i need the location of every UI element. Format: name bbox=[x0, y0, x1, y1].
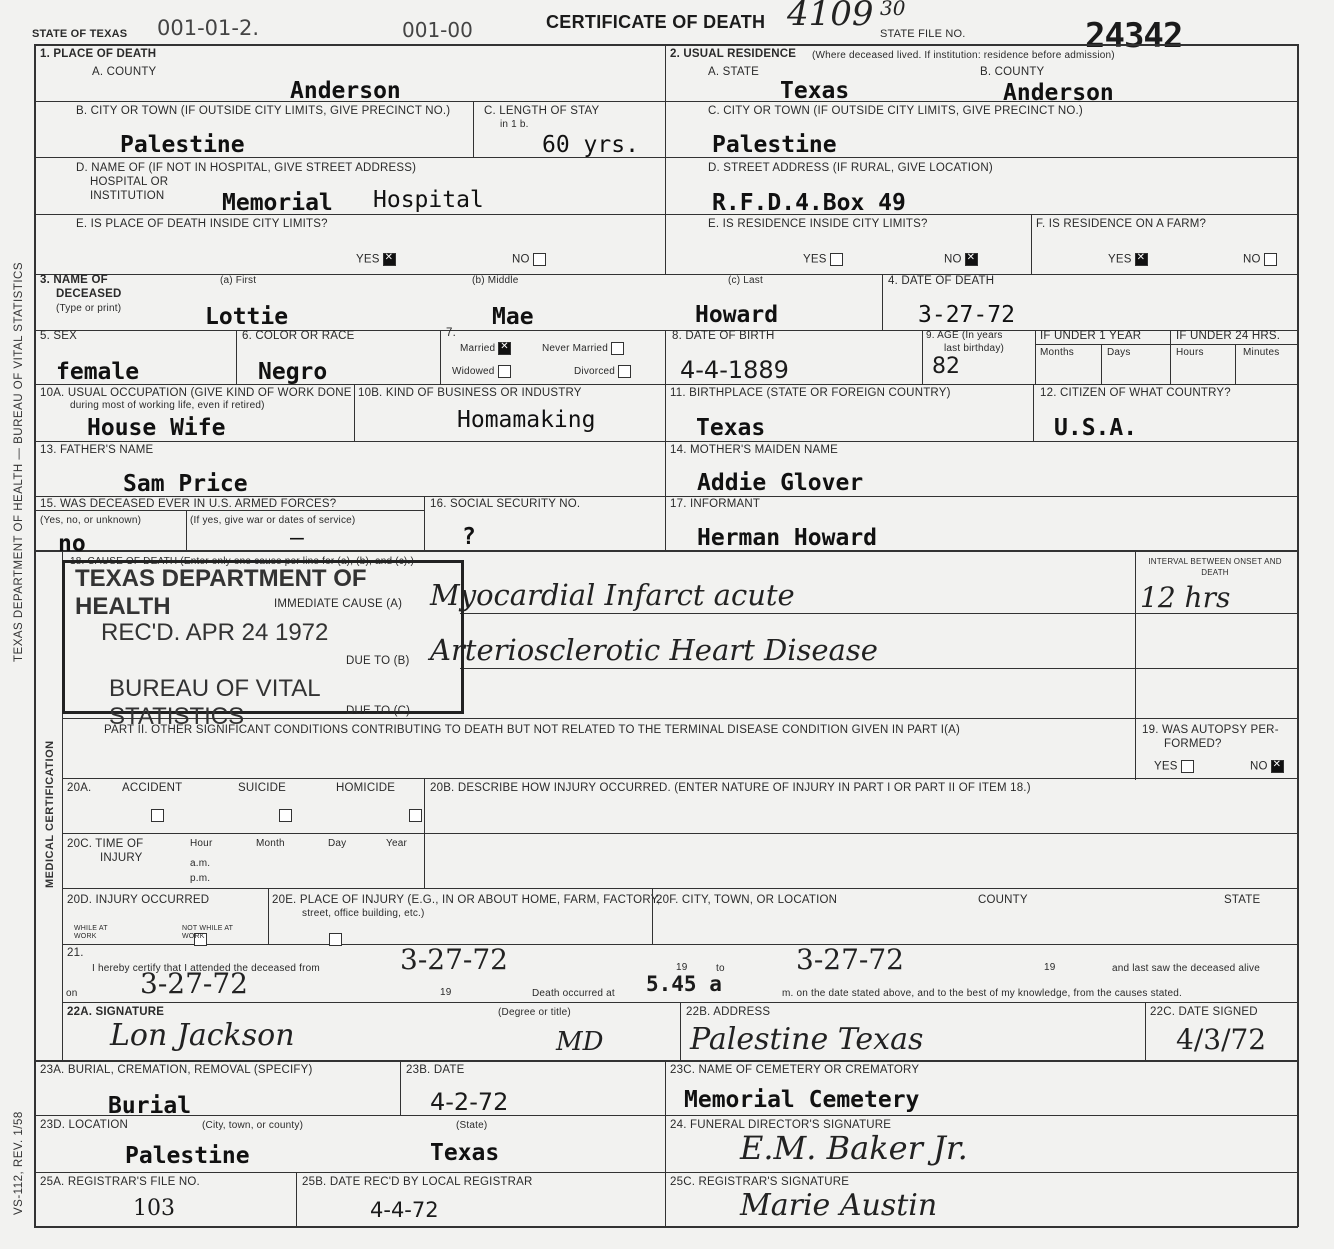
date-of-death-label: 4. DATE OF DEATH bbox=[888, 275, 994, 287]
citizen-label: 12. CITIZEN OF WHAT COUNTRY? bbox=[1040, 387, 1231, 399]
name-label-1: 3. NAME OF bbox=[40, 274, 108, 286]
attended-from-date[interactable]: 3-27-72 bbox=[400, 946, 508, 974]
attended-to-date[interactable]: 3-27-72 bbox=[796, 946, 904, 974]
injury-county-label: COUNTY bbox=[978, 894, 1028, 906]
residence-county-label: b. COUNTY bbox=[980, 66, 1044, 78]
injury-location-label: 20f. CITY, TOWN, OR LOCATION bbox=[656, 894, 837, 906]
stamp-line-3: BUREAU OF VITAL STATISTICS bbox=[109, 675, 461, 731]
first-name-field[interactable]: Lottie bbox=[205, 305, 288, 329]
disposition-field[interactable]: Burial bbox=[108, 1094, 191, 1118]
street-address-field[interactable]: R.F.D.4.Box 49 bbox=[712, 191, 906, 215]
checkbox-checked[interactable] bbox=[965, 253, 978, 266]
marital-number: 7. bbox=[446, 327, 456, 339]
residence-inside-city-label: e. IS RESIDENCE INSIDE CITY LIMITS? bbox=[708, 218, 928, 230]
hour-label: Hour bbox=[190, 838, 212, 849]
checkbox-unchecked[interactable] bbox=[533, 253, 546, 266]
length-of-stay-sublabel: in 1 b. bbox=[500, 119, 529, 130]
date-of-birth-field[interactable]: 4-4-1889 bbox=[680, 356, 789, 384]
date-received-label: 25b. DATE REC'D BY LOCAL REGISTRAR bbox=[302, 1176, 533, 1188]
date-signed-label: 22c. DATE SIGNED bbox=[1150, 1006, 1258, 1018]
last-seen-date[interactable]: 3-27-72 bbox=[140, 970, 248, 998]
residence-farm-yes[interactable]: YES bbox=[1108, 253, 1148, 266]
burial-state-sublabel: (State) bbox=[456, 1120, 487, 1131]
burial-location-label: 23d. LOCATION bbox=[40, 1119, 128, 1131]
autopsy-label-1: 19. WAS AUTOPSY PER- bbox=[1142, 724, 1279, 736]
armed-forces-label: 15. WAS DECEASED EVER IN U.S. ARMED FORC… bbox=[40, 498, 336, 510]
last-name-label: (c) Last bbox=[728, 275, 763, 286]
race-label: 6. COLOR OR RACE bbox=[242, 330, 354, 342]
on-label: on bbox=[66, 988, 78, 999]
residence-farm-label: f. IS RESIDENCE ON A FARM? bbox=[1036, 218, 1206, 230]
time-of-injury-label-1: 20c. TIME OF bbox=[67, 838, 143, 850]
mother-field[interactable]: Addie Glover bbox=[697, 471, 863, 495]
place-of-injury-label-2: street, office building, etc.) bbox=[302, 908, 425, 919]
hours-label: Hours bbox=[1176, 347, 1204, 358]
length-of-stay-label: c. LENGTH OF STAY bbox=[484, 105, 599, 117]
residence-inside-city-yes[interactable]: YES bbox=[803, 253, 843, 266]
burial-location-field[interactable]: Palestine bbox=[125, 1144, 250, 1168]
am-label: a.m. bbox=[190, 858, 210, 869]
homicide-label: HOMICIDE bbox=[336, 782, 395, 794]
certification-number: 21. bbox=[67, 947, 84, 959]
burial-location-sublabel: (City, town, or county) bbox=[202, 1120, 303, 1131]
handwritten-superscript: 30 bbox=[880, 0, 905, 22]
injury-occurred-label: 20d. INJURY OCCURRED bbox=[67, 894, 209, 906]
stamp-line-2: REC'D. APR 24 1972 bbox=[101, 619, 328, 647]
death-time-field[interactable]: 5.45 a bbox=[646, 972, 722, 996]
occupation-label-1: 10a. USUAL OCCUPATION (Give kind of work… bbox=[40, 387, 352, 399]
injury-20a-number: 20a. bbox=[67, 782, 91, 794]
not-while-at-work-checkbox[interactable] bbox=[329, 933, 342, 946]
form-revision-label: VS-112, REV. 1/58 bbox=[13, 1111, 25, 1215]
not-while-at-work-label: NOT WHILE AT WORK bbox=[182, 925, 240, 941]
checkbox-unchecked[interactable] bbox=[618, 365, 631, 378]
occupation-field[interactable]: House Wife bbox=[87, 416, 225, 440]
death-city-field[interactable]: Palestine bbox=[120, 133, 245, 157]
armed-service-field[interactable]: — bbox=[290, 526, 304, 550]
name-label-3: (Type or print) bbox=[56, 303, 121, 314]
certification-text-2: and last saw the deceased alive bbox=[1112, 963, 1260, 974]
usual-residence-label: 2. USUAL RESIDENCE bbox=[670, 48, 796, 60]
registrar-file-label: 25a. REGISTRAR'S FILE NO. bbox=[40, 1176, 200, 1188]
registrar-file-field[interactable]: 103 bbox=[133, 1196, 175, 1221]
cemetery-label: 23c. NAME OF CEMETERY OR CREMATORY bbox=[670, 1064, 919, 1076]
informant-field[interactable]: Herman Howard bbox=[697, 526, 877, 550]
due-to-b-label: DUE TO (b) bbox=[346, 655, 410, 667]
hospital-name-field[interactable]: Memorial bbox=[222, 191, 333, 215]
age-field[interactable]: 82 bbox=[932, 354, 960, 379]
length-of-stay-field[interactable]: 60 yrs. bbox=[542, 133, 639, 157]
checkbox-checked[interactable] bbox=[1135, 253, 1148, 266]
armed-forces-field[interactable]: no bbox=[58, 532, 86, 556]
suicide-checkbox[interactable] bbox=[279, 809, 292, 822]
residence-county-field[interactable]: Anderson bbox=[1003, 81, 1114, 105]
death-inside-city-yes[interactable]: YES bbox=[356, 253, 396, 266]
under-24-hrs-label: IF UNDER 24 HRS. bbox=[1176, 330, 1280, 342]
nineteen-2: 19 bbox=[1044, 962, 1056, 973]
father-field[interactable]: Sam Price bbox=[123, 472, 248, 496]
checkbox-checked[interactable] bbox=[498, 342, 511, 355]
year-label: Year bbox=[386, 838, 407, 849]
due-to-b-field[interactable]: Arteriosclerotic Heart Disease bbox=[430, 636, 878, 664]
department-side-label: TEXAS DEPARTMENT OF HEALTH — BUREAU OF V… bbox=[13, 262, 25, 662]
accident-label: ACCIDENT bbox=[122, 782, 182, 794]
injury-state-label: STATE bbox=[1224, 894, 1260, 906]
age-label-1: 9. AGE (In years bbox=[926, 330, 1003, 341]
death-inside-city-no[interactable]: NO bbox=[512, 253, 546, 266]
hospital-label-2: HOSPITAL OR bbox=[90, 176, 168, 188]
accident-checkbox[interactable] bbox=[151, 809, 164, 822]
armed-forces-sublabel-1: (Yes, no, or unknown) bbox=[40, 515, 141, 526]
state-file-label: STATE FILE NO. bbox=[880, 28, 966, 40]
checkbox-checked[interactable] bbox=[383, 253, 396, 266]
homicide-checkbox[interactable] bbox=[409, 809, 422, 822]
business-field[interactable]: Homamaking bbox=[457, 408, 595, 432]
middle-name-label: (b) Middle bbox=[472, 275, 518, 286]
date-signed-field[interactable]: 4/3/72 bbox=[1176, 1026, 1266, 1054]
armed-forces-sublabel-2: (If yes, give war or dates of service) bbox=[190, 515, 355, 526]
business-label: 10b. KIND OF BUSINESS OR INDUSTRY bbox=[358, 387, 582, 399]
received-stamp: TEXAS DEPARTMENT OF HEALTH REC'D. APR 24… bbox=[62, 560, 464, 714]
date-of-birth-label: 8. DATE OF BIRTH bbox=[672, 330, 774, 342]
autopsy-no[interactable]: NO bbox=[1250, 760, 1284, 773]
ssn-field[interactable]: ? bbox=[462, 525, 476, 549]
degree-label: (Degree or title) bbox=[498, 1007, 571, 1018]
describe-injury-label: 20b. DESCRIBE HOW INJURY OCCURRED. (Ente… bbox=[430, 782, 1031, 794]
date-of-death-field[interactable]: 3-27-72 bbox=[918, 303, 1015, 327]
death-inside-city-label: e. IS PLACE OF DEATH INSIDE CITY LIMITS? bbox=[76, 218, 328, 230]
immediate-cause-field[interactable]: Myocardial Infarct acute bbox=[430, 581, 795, 609]
middle-name-field[interactable]: Mae bbox=[492, 305, 534, 329]
checkbox-unchecked[interactable] bbox=[830, 253, 843, 266]
death-city-label: b. CITY OR TOWN (If outside city limits,… bbox=[76, 105, 450, 117]
interval-field[interactable]: 12 hrs bbox=[1140, 584, 1230, 612]
informant-label: 17. INFORMANT bbox=[670, 498, 760, 510]
marital-married[interactable]: Married bbox=[460, 342, 511, 355]
father-label: 13. FATHER'S NAME bbox=[40, 444, 153, 456]
physician-signature[interactable]: Lon Jackson bbox=[110, 1022, 295, 1050]
registrar-signature[interactable]: Marie Austin bbox=[740, 1192, 937, 1220]
residence-state-field[interactable]: Texas bbox=[780, 79, 849, 103]
signature-label: 22a. SIGNATURE bbox=[67, 1006, 164, 1018]
burial-date-label: 23b. DATE bbox=[406, 1064, 464, 1076]
pm-label: p.m. bbox=[190, 873, 210, 884]
under-1-year-label: IF UNDER 1 YEAR bbox=[1040, 330, 1141, 342]
registrar-signature-label: 25c. REGISTRAR'S SIGNATURE bbox=[670, 1176, 849, 1188]
marital-divorced[interactable]: Divorced bbox=[574, 365, 631, 378]
degree-field[interactable]: MD bbox=[556, 1028, 603, 1056]
disposition-label: 23a. BURIAL, CREMATION, REMOVAL (Specify… bbox=[40, 1064, 313, 1076]
physician-address-label: 22b. ADDRESS bbox=[686, 1006, 770, 1018]
stamp-line-1: TEXAS DEPARTMENT OF HEALTH bbox=[75, 565, 461, 621]
while-at-work-label: WHILE AT WORK bbox=[74, 925, 122, 941]
interval-label: INTERVAL BETWEEN ONSET AND DEATH bbox=[1145, 556, 1285, 578]
certificate-title: CERTIFICATE OF DEATH bbox=[546, 12, 765, 33]
birthplace-field[interactable]: Texas bbox=[696, 416, 765, 440]
suicide-label: SUICIDE bbox=[238, 782, 286, 794]
occupation-label-2: during most of working life, even if ret… bbox=[70, 400, 265, 411]
citizen-field[interactable]: U.S.A. bbox=[1054, 416, 1137, 440]
usual-residence-note: (Where deceased lived. If institution: r… bbox=[812, 50, 1115, 61]
checkbox-unchecked[interactable] bbox=[498, 365, 511, 378]
autopsy-label-2: FORMED? bbox=[1164, 738, 1222, 750]
minutes-label: Minutes bbox=[1243, 347, 1279, 358]
age-label-2: last birthday) bbox=[944, 343, 1004, 354]
day-label: Day bbox=[328, 838, 346, 849]
checkbox-checked[interactable] bbox=[1271, 760, 1284, 773]
death-county-field[interactable]: Anderson bbox=[290, 79, 401, 103]
residence-state-label: a. STATE bbox=[708, 66, 759, 78]
residence-city-field[interactable]: Palestine bbox=[712, 133, 837, 157]
sex-field[interactable]: female bbox=[56, 360, 139, 384]
place-of-death-label: 1. PLACE OF DEATH bbox=[40, 48, 156, 60]
code-2: 001-00 bbox=[402, 16, 473, 44]
funeral-director-signature[interactable]: E.M. Baker Jr. bbox=[740, 1134, 968, 1162]
due-to-c-label: DUE TO (c) bbox=[346, 705, 410, 717]
hospital-label-1: d. NAME OF (If not in hospital, give str… bbox=[76, 162, 416, 174]
race-field[interactable]: Negro bbox=[258, 360, 327, 384]
date-received-field[interactable]: 4-4-72 bbox=[370, 1198, 439, 1222]
months-label: Months bbox=[1040, 347, 1074, 358]
hospital-label-3: INSTITUTION bbox=[90, 190, 164, 202]
cemetery-field[interactable]: Memorial Cemetery bbox=[684, 1088, 919, 1112]
checkbox-unchecked[interactable] bbox=[611, 342, 624, 355]
month-label: Month bbox=[256, 838, 285, 849]
birthplace-label: 11. BIRTHPLACE (State or foreign country… bbox=[670, 387, 951, 399]
nineteen-3: 19 bbox=[440, 987, 452, 998]
street-address-label: d. STREET ADDRESS (If rural, give locati… bbox=[708, 162, 993, 174]
death-occurred-label: Death occurred at bbox=[532, 988, 615, 999]
physician-address-field[interactable]: Palestine Texas bbox=[690, 1026, 923, 1054]
days-label: Days bbox=[1107, 347, 1131, 358]
checkbox-unchecked[interactable] bbox=[1264, 253, 1277, 266]
death-county-label: a. COUNTY bbox=[92, 66, 156, 78]
residence-inside-city-no[interactable]: NO bbox=[944, 253, 978, 266]
medical-certification-side-label: MEDICAL CERTIFICATION bbox=[44, 740, 56, 888]
immediate-cause-label: IMMEDIATE CAUSE (a) bbox=[274, 598, 402, 610]
mother-label: 14. MOTHER'S MAIDEN NAME bbox=[670, 444, 838, 456]
autopsy-yes[interactable]: YES bbox=[1154, 760, 1194, 773]
part-2-label: PART II. OTHER SIGNIFICANT CONDITIONS CO… bbox=[104, 724, 960, 736]
certification-text-3: m. on the date stated above, and to the … bbox=[782, 988, 1182, 999]
marital-widowed[interactable]: Widowed bbox=[452, 365, 511, 378]
last-name-field[interactable]: Howard bbox=[695, 303, 778, 327]
hospital-name-field-2[interactable]: Hospital bbox=[373, 188, 484, 212]
name-label-2: DECEASED bbox=[56, 288, 122, 300]
residence-farm-no[interactable]: NO bbox=[1243, 253, 1277, 266]
code-1: 001-01-2. bbox=[157, 14, 259, 42]
time-of-injury-label-2: INJURY bbox=[100, 852, 143, 864]
burial-state-field[interactable]: Texas bbox=[430, 1141, 499, 1165]
first-name-label: (a) First bbox=[220, 275, 256, 286]
sex-label: 5. SEX bbox=[40, 330, 77, 342]
place-of-injury-label-1: 20e. PLACE OF INJURY (e.g., in or about … bbox=[272, 894, 660, 906]
state-label: STATE OF TEXAS bbox=[32, 28, 127, 40]
handwritten-number: 4109 bbox=[787, 0, 874, 28]
ssn-label: 16. SOCIAL SECURITY NO. bbox=[430, 498, 580, 510]
marital-never-married[interactable]: Never Married bbox=[542, 342, 624, 355]
burial-date-field[interactable]: 4-2-72 bbox=[430, 1088, 508, 1116]
checkbox-unchecked[interactable] bbox=[1181, 760, 1194, 773]
residence-city-label: c. CITY OR TOWN (If outside city limits,… bbox=[708, 105, 1083, 117]
